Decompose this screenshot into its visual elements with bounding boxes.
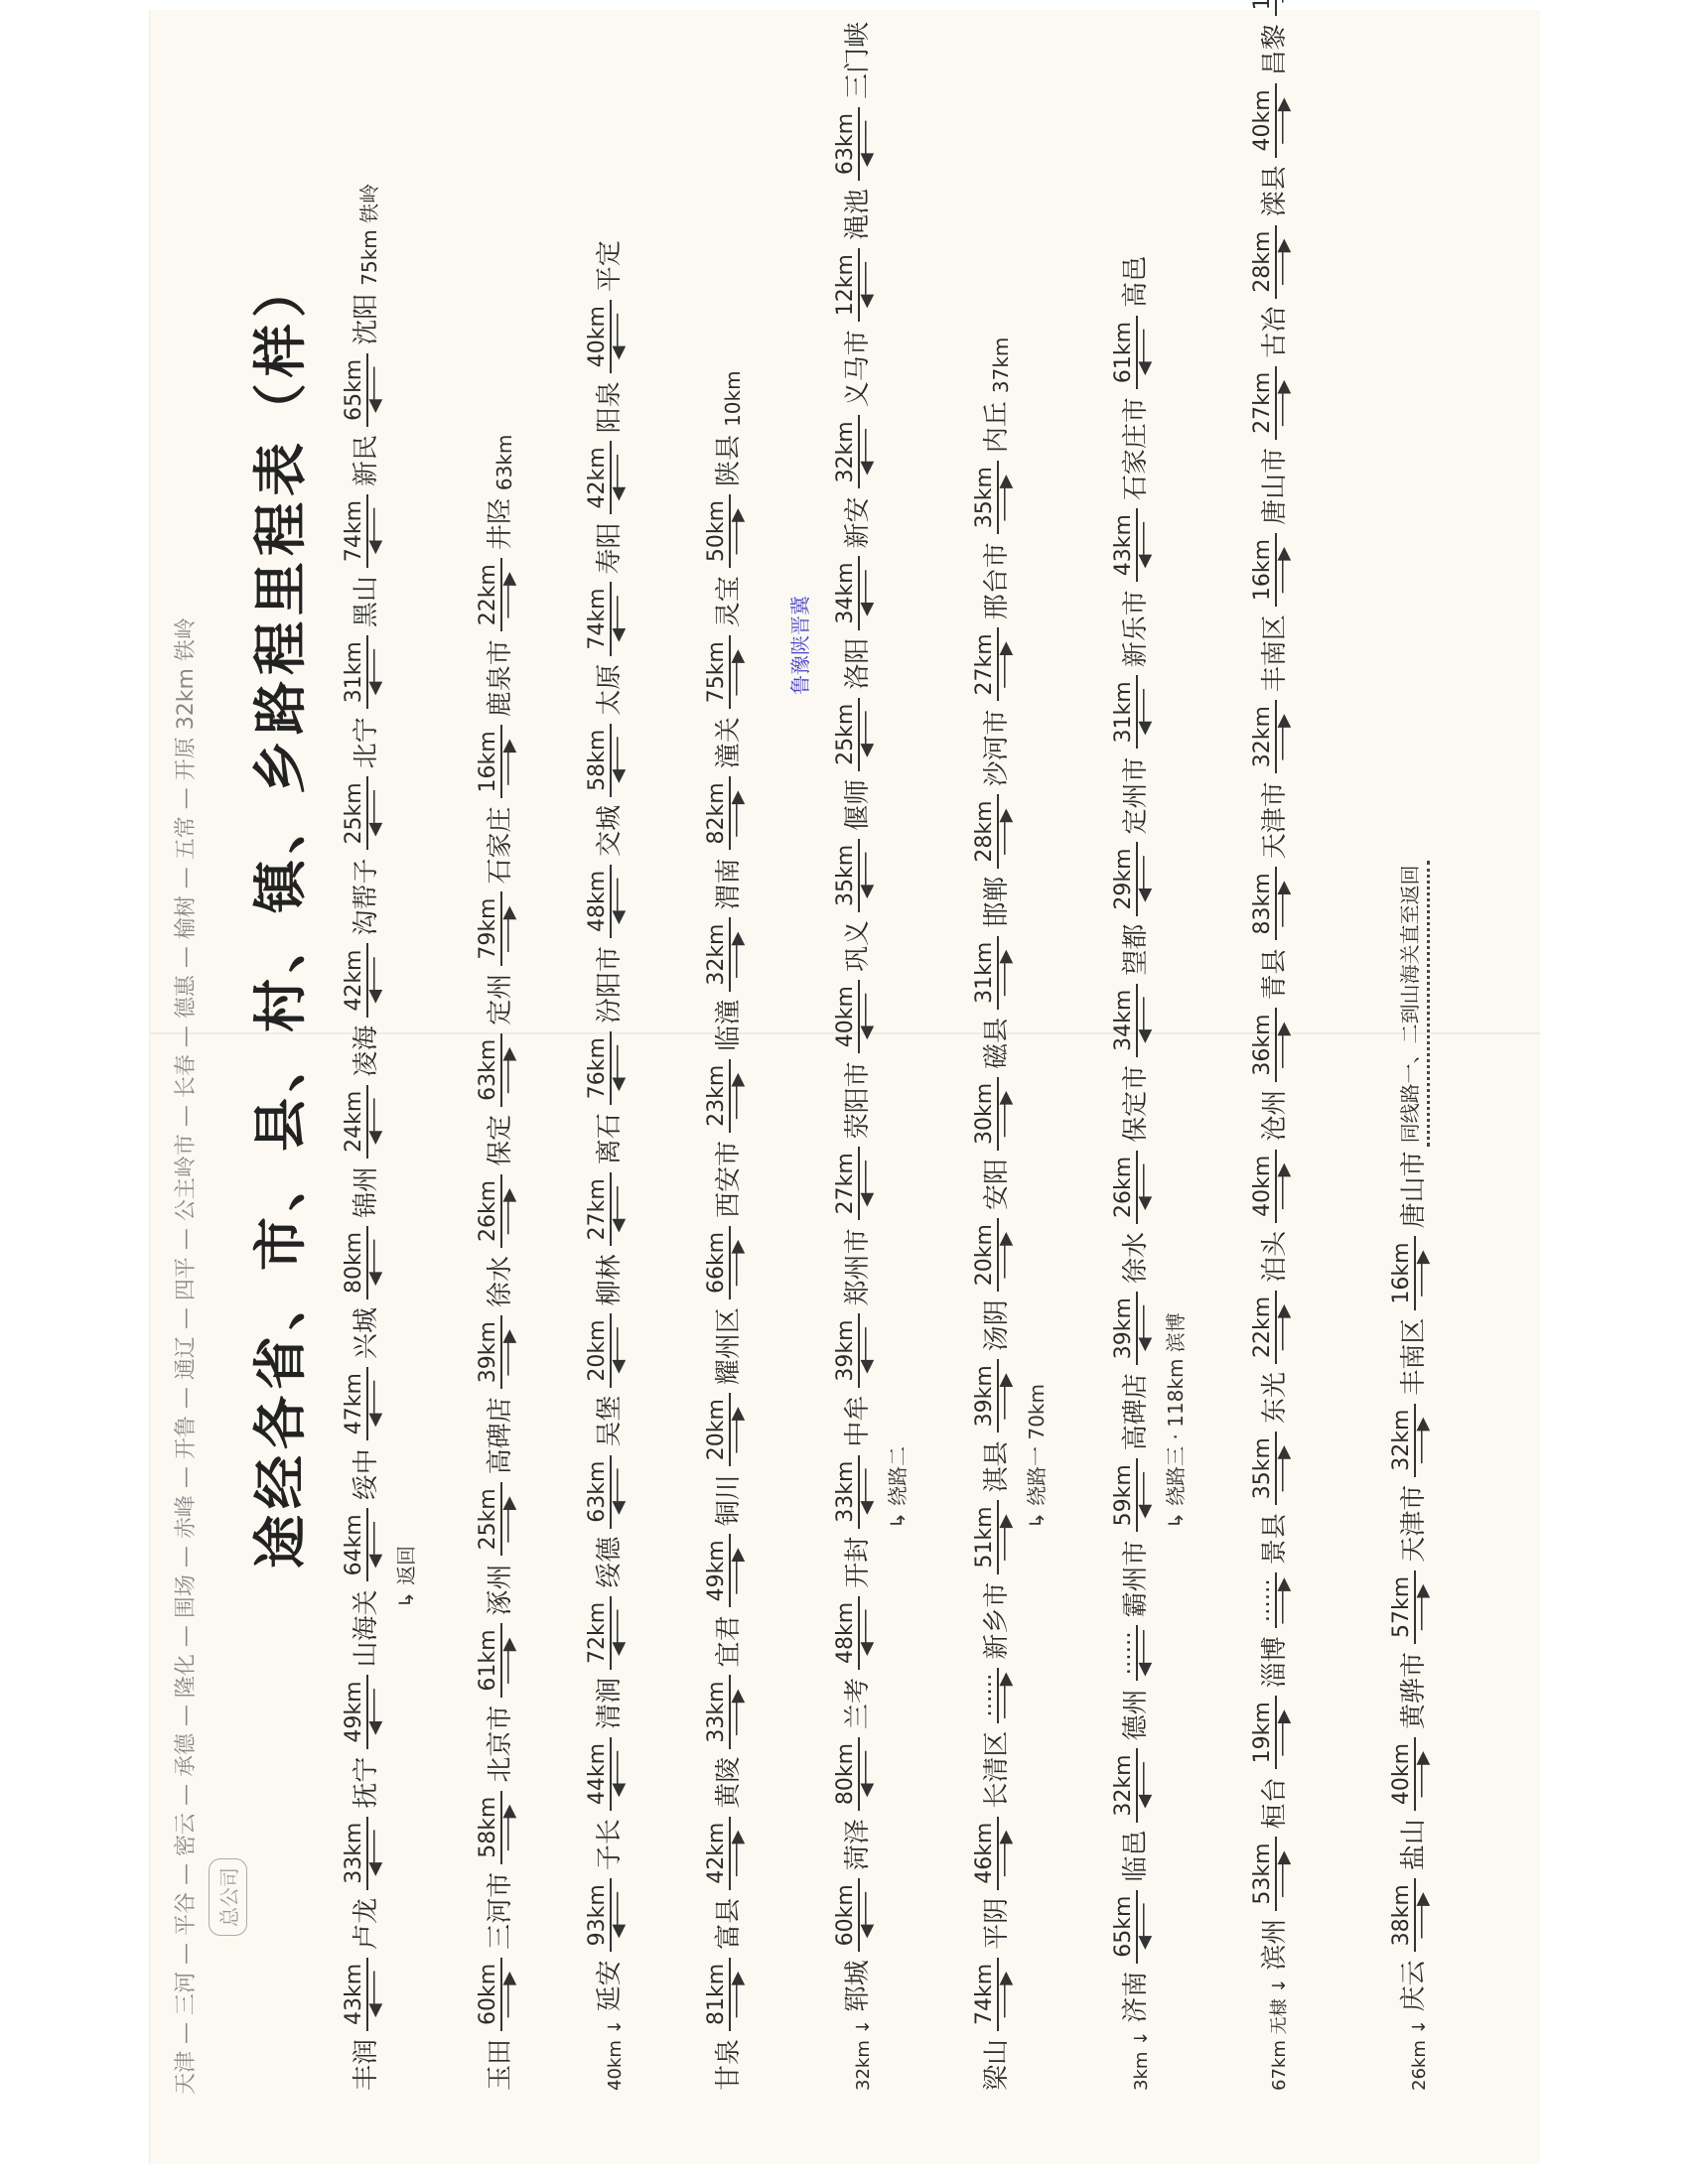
place-name: 荥阳市: [837, 1057, 874, 1143]
distance-segment: 39km◀───: [1112, 1292, 1152, 1365]
distance-segment: 31km◀───: [343, 635, 382, 709]
arrow-left-icon: ◀───: [860, 994, 874, 1039]
arrow-left-icon: ◀───: [368, 1099, 382, 1145]
arrow-right-icon: ───▶: [1277, 1022, 1291, 1067]
distance-segment: 75km───▶: [705, 635, 745, 709]
distance-segment: 79km───▶: [477, 892, 516, 966]
arrow-right-icon: ───▶: [502, 739, 516, 784]
distance-segment: 33km◀───: [834, 1455, 874, 1529]
place-name: 安阳: [976, 1155, 1013, 1214]
arrow-right-icon: ───▶: [502, 1637, 516, 1683]
place-name: 兰考: [837, 1674, 874, 1733]
arrow-left-icon: ◀───: [1138, 1630, 1152, 1676]
place-name: 德州: [1115, 1685, 1152, 1744]
branch-note: ↳ 返回: [390, 1546, 419, 1608]
arrow-right-icon: ───▶: [999, 1831, 1013, 1876]
place-name: 三门峡: [837, 18, 874, 103]
distance-segment: 31km◀───: [1112, 675, 1152, 749]
distance-segment: ……───▶: [1251, 1572, 1291, 1628]
arrow-left-icon: ◀───: [612, 596, 626, 641]
place-name: 沈阳: [346, 290, 382, 349]
arrow-right-icon: ───▶: [1416, 1250, 1430, 1296]
distance-segment: 33km◀───: [343, 1817, 382, 1890]
arrow-right-icon: ───▶: [1277, 0, 1291, 2]
distance-segment: 31km───▶: [973, 936, 1013, 1010]
distance-segment: 60km───▶: [477, 1958, 516, 2031]
arrow-left-icon: ◀───: [860, 1468, 874, 1514]
distance-segment: 34km◀───: [834, 556, 874, 629]
distance-segment: 63km◀───: [586, 1455, 626, 1529]
distance-segment: 30km───▶: [973, 1077, 1013, 1151]
arrow-left-icon: ◀───: [368, 1972, 382, 2017]
arrow-right-icon: ───▶: [999, 1373, 1013, 1419]
place-name: 天津市: [1393, 1481, 1430, 1567]
place-name: 中牟: [837, 1392, 874, 1451]
place-name: 东光: [1254, 1368, 1291, 1428]
place-name: 耀州区: [708, 1303, 745, 1389]
distance-segment: 40km───▶: [1251, 83, 1291, 157]
place-name: 石家庄市: [1115, 393, 1152, 504]
place-name: 泊头: [1254, 1227, 1291, 1287]
arrow-left-icon: ◀───: [368, 649, 382, 695]
place-name: 高碑店: [480, 1393, 516, 1478]
row-6: 梁山74km───▶平阴46km───▶长清区……───▶新乡市51km───▶…: [973, 334, 1013, 2095]
distance-segment: 32km───▶: [1251, 700, 1291, 773]
place-name: 兴城: [346, 1303, 382, 1363]
arrow-left-icon: ◀───: [860, 1892, 874, 1938]
place-name: 天津市: [1254, 777, 1291, 863]
arrow-left-icon: ◀───: [612, 314, 626, 359]
distance-segment: ……◀───: [1112, 1625, 1152, 1681]
arrow-right-icon: ───▶: [999, 1672, 1013, 1717]
arrow-right-icon: ───▶: [731, 1972, 745, 2017]
place-name: 洛阳: [837, 634, 874, 694]
distance-segment: 65km◀───: [1112, 1890, 1152, 1964]
distance-segment: 76km◀───: [586, 1031, 626, 1105]
end-note: 63km: [492, 431, 516, 495]
end-note: 37km: [989, 334, 1013, 398]
place-name: 景县: [1254, 1509, 1291, 1569]
arrow-left-icon: ◀───: [860, 712, 874, 757]
place-name: 沧州: [1254, 1086, 1291, 1146]
arrow-left-icon: ◀───: [1138, 1904, 1152, 1950]
arrow-right-icon: ───▶: [999, 1091, 1013, 1137]
arrow-left-icon: ◀───: [860, 853, 874, 898]
distance-segment: 43km◀───: [343, 1958, 382, 2031]
distance-segment: 26km───▶: [477, 1174, 516, 1248]
distance-segment: 63km───▶: [477, 1033, 516, 1107]
distance-segment: 42km───▶: [705, 1817, 745, 1890]
place-name: 高邑: [1115, 252, 1152, 312]
distance-segment: 16km───▶: [1251, 533, 1291, 607]
place-name: 渑池: [837, 185, 874, 244]
place-name: 延安: [589, 1956, 626, 2015]
distance-segment: 59km◀───: [1112, 1458, 1152, 1532]
distance-segment: 53km───▶: [1251, 1837, 1291, 1910]
arrow-right-icon: ───▶: [999, 641, 1013, 687]
arrow-right-icon: ───▶: [1416, 1584, 1430, 1630]
row-9: 26km ↓庆云38km───▶盐山40km───▶黄骅市57km───▶天津市…: [1390, 861, 1430, 2095]
distance-segment: 32km───▶: [1390, 1404, 1430, 1477]
place-name: 巩义: [837, 916, 874, 976]
place-name: 新乐市: [1115, 586, 1152, 671]
place-name: 富县: [708, 1894, 745, 1954]
arrow-right-icon: ───▶: [731, 1240, 745, 1286]
place-name: 凌海: [346, 1022, 382, 1081]
distance-segment: 61km───▶: [477, 1623, 516, 1697]
place-name: 盐山: [1393, 1815, 1430, 1874]
distance-segment: 16km───▶: [477, 725, 516, 798]
row-2: 玉田60km───▶三河市58km───▶北京市61km───▶涿州25km──…: [477, 431, 516, 2095]
distance-segment: 22km───▶: [477, 558, 516, 631]
distance-segment: 26km◀───: [1112, 1151, 1152, 1224]
stamp-mark: 总公司: [209, 1858, 247, 1936]
blue-annotation: 鲁豫陕晋冀: [784, 596, 813, 695]
place-name: 子长: [589, 1815, 626, 1874]
branch-note: ↳ 绕路三 · 118km 滨博: [1160, 1312, 1189, 1529]
arrow-right-icon: ───▶: [1277, 1304, 1291, 1350]
place-name: 沙河市: [976, 705, 1013, 790]
arrow-left-icon: ◀───: [368, 957, 382, 1003]
place-name: 交城: [589, 801, 626, 861]
place-name: 黑山: [346, 572, 382, 631]
arrow-right-icon: ───▶: [1277, 1850, 1291, 1896]
place-name: 三河市: [480, 1868, 516, 1954]
arrow-right-icon: ───▶: [999, 1514, 1013, 1560]
arrow-right-icon: ───▶: [502, 1496, 516, 1542]
place-name: 淄博: [1254, 1632, 1291, 1692]
distance-segment: 48km◀───: [834, 1596, 874, 1670]
place-name: 寿阳: [589, 518, 626, 578]
distance-segment: 40km◀───: [586, 300, 626, 373]
place-name: 临邑: [1115, 1827, 1152, 1886]
distance-segment: 74km◀───: [586, 582, 626, 655]
place-name: 丰南区: [1254, 611, 1291, 696]
arrow-left-icon: ◀───: [1138, 689, 1152, 735]
distance-segment: 39km───▶: [973, 1359, 1013, 1433]
distance-segment: 28km───▶: [973, 794, 1013, 868]
top-route-line: 天津 — 三河 — 平谷 — 密云 — 承德 — 隆化 — 围场 — 赤峰 — …: [169, 617, 200, 2095]
place-name: 潼关: [708, 713, 745, 772]
arrow-left-icon: ◀───: [860, 429, 874, 475]
arrow-left-icon: ◀───: [860, 570, 874, 615]
place-name: 灵宝: [708, 572, 745, 631]
arrow-right-icon: ───▶: [1277, 547, 1291, 593]
row-4: 甘泉81km───▶富县42km───▶黄陵33km───▶宜君49km───▶…: [705, 366, 745, 2095]
distance-segment: 58km◀───: [586, 724, 626, 797]
arrow-right-icon: ───▶: [1277, 1577, 1291, 1623]
distance-segment: 50km───▶: [705, 494, 745, 568]
place-name: 济南: [1115, 1968, 1152, 2027]
arrow-right-icon: ───▶: [731, 1689, 745, 1734]
arrow-left-icon: ◀───: [612, 1186, 626, 1232]
arrow-left-icon: ◀───: [368, 1522, 382, 1568]
distance-segment: 46km───▶: [973, 1817, 1013, 1890]
distance-segment: 16km───▶: [1390, 1236, 1430, 1309]
place-name: 太原: [589, 660, 626, 720]
arrow-left-icon: ◀───: [1138, 1305, 1152, 1351]
place-name: 鹿泉市: [480, 635, 516, 721]
place-name: 唐山市: [1393, 1147, 1430, 1232]
distance-segment: 20km───▶: [973, 1218, 1013, 1292]
arrow-left-icon: ◀───: [612, 879, 626, 924]
place-name: 汾阳市: [589, 942, 626, 1027]
arrow-right-icon: ───▶: [502, 1329, 516, 1375]
place-name: 渭南: [708, 854, 745, 913]
distance-segment: 20km◀───: [586, 1313, 626, 1387]
distance-segment: 28km───▶: [1251, 225, 1291, 299]
arrow-left-icon: ◀───: [612, 1892, 626, 1938]
arrow-right-icon: ───▶: [502, 1972, 516, 2017]
distance-segment: 35km───▶: [1251, 1432, 1291, 1505]
distance-segment: 49km◀───: [343, 1675, 382, 1748]
distance-segment: 33km───▶: [705, 1675, 745, 1748]
distance-segment: 23km───▶: [705, 1059, 745, 1133]
distance-segment: 32km───▶: [705, 918, 745, 992]
place-name: 汤阴: [976, 1296, 1013, 1355]
distance-segment: 74km◀───: [343, 494, 382, 568]
place-name: 临潼: [708, 996, 745, 1055]
arrow-left-icon: ◀───: [1138, 522, 1152, 568]
arrow-left-icon: ◀───: [1138, 856, 1152, 901]
place-name: 偃师: [837, 775, 874, 835]
distance-segment: 93km◀───: [586, 1878, 626, 1952]
distance-segment: 25km◀───: [834, 698, 874, 771]
place-name: 徐水: [480, 1252, 516, 1311]
distance-segment: 35km───▶: [973, 461, 1013, 534]
place-name: 郓城: [837, 1956, 874, 2015]
arrow-left-icon: ◀───: [1138, 998, 1152, 1043]
place-name: 青县: [1254, 944, 1291, 1004]
distance-segment: 27km───▶: [973, 627, 1013, 701]
arrow-right-icon: ───▶: [1416, 1892, 1430, 1938]
distance-segment: 25km───▶: [477, 1482, 516, 1556]
arrow-left-icon: ◀───: [368, 508, 382, 554]
place-name: 古冶: [1254, 303, 1291, 362]
arrow-right-icon: ───▶: [731, 649, 745, 695]
distance-segment: 25km◀───: [343, 776, 382, 850]
arrow-right-icon: ───▶: [731, 790, 745, 836]
arrow-left-icon: ◀───: [860, 121, 874, 167]
arrow-left-icon: ◀───: [368, 1240, 382, 1286]
place-name: 庆云: [1393, 1956, 1430, 2015]
distance-segment: 81km───▶: [705, 1958, 745, 2031]
distance-segment: ……───▶: [973, 1668, 1013, 1723]
place-name: 离石: [589, 1109, 626, 1168]
place-name: 甘泉: [708, 2035, 745, 2095]
end-note: 75km 铁岭: [353, 180, 382, 290]
place-name: 黄骅市: [1393, 1648, 1430, 1733]
place-name: 桓台: [1254, 1773, 1291, 1833]
arrow-right-icon: ───▶: [1277, 97, 1291, 143]
row-8: 67km 无棣 ↓滨州53km───▶桓台19km───▶淄博……───▶景县3…: [1251, 0, 1291, 2095]
place-name: 锦州: [346, 1162, 382, 1222]
arrow-right-icon: ───▶: [502, 1805, 516, 1850]
arrow-right-icon: ───▶: [1277, 881, 1291, 926]
place-name: 平定: [589, 236, 626, 296]
arrow-right-icon: ───▶: [999, 808, 1013, 854]
distance-segment: 39km◀───: [834, 1313, 874, 1387]
arrow-left-icon: ◀───: [860, 1610, 874, 1656]
distance-segment: 48km◀───: [586, 865, 626, 938]
distance-segment: 18km───▶: [1251, 0, 1291, 16]
distance-segment: 66km───▶: [705, 1226, 745, 1299]
arrow-right-icon: ───▶: [999, 475, 1013, 520]
arrow-left-icon: ◀───: [368, 1381, 382, 1427]
distance-segment: 74km───▶: [973, 1958, 1013, 2031]
distance-segment: 80km◀───: [834, 1737, 874, 1811]
place-name: 西安市: [708, 1137, 745, 1222]
place-name: 涿州: [480, 1560, 516, 1619]
distance-label: 18km: [1251, 0, 1277, 16]
distance-segment: 40km───▶: [1390, 1737, 1430, 1811]
place-name: 定州市: [1115, 752, 1152, 838]
distance-segment: 80km◀───: [343, 1226, 382, 1299]
distance-segment: 32km◀───: [834, 415, 874, 488]
arrow-right-icon: ───▶: [502, 905, 516, 951]
place-name: 长清区: [976, 1727, 1013, 1813]
place-name: 邢台市: [976, 538, 1013, 623]
distance-segment: 63km◀───: [834, 107, 874, 181]
distance-segment: 65km◀───: [343, 353, 382, 427]
arrow-left-icon: ◀───: [1138, 1472, 1152, 1518]
branch-note: ↳ 绕路二: [882, 1446, 911, 1529]
place-name: 高碑店: [1115, 1369, 1152, 1454]
arrow-left-icon: ◀───: [1138, 1762, 1152, 1808]
arrow-left-icon: ◀───: [860, 1751, 874, 1797]
place-name: 梁山: [976, 2035, 1013, 2095]
place-name: 石家庄: [480, 802, 516, 887]
arrow-right-icon: ───▶: [1277, 1709, 1291, 1755]
place-name: 吴堡: [589, 1392, 626, 1451]
place-name: 井陉: [480, 494, 516, 554]
distance-segment: 35km◀───: [834, 839, 874, 912]
arrow-left-icon: ◀───: [860, 1160, 874, 1206]
place-name: 新安: [837, 492, 874, 552]
distance-segment: 27km───▶: [1251, 366, 1291, 440]
place-name: 菏泽: [837, 1815, 874, 1874]
distance-segment: 82km───▶: [705, 776, 745, 850]
arrow-right-icon: ───▶: [731, 508, 745, 554]
arrow-left-icon: ◀───: [612, 1045, 626, 1091]
place-name: 平阴: [976, 1894, 1013, 1954]
arrow-left-icon: ◀───: [368, 367, 382, 413]
place-name: 郑州市: [837, 1224, 874, 1309]
start-note: 3km ↓: [1131, 2027, 1152, 2095]
place-name: 开封: [837, 1533, 874, 1592]
arrow-right-icon: ───▶: [731, 1407, 745, 1452]
arrow-right-icon: ───▶: [999, 1972, 1013, 2017]
arrow-right-icon: ───▶: [1277, 1445, 1291, 1491]
place-name: 滦县: [1254, 162, 1291, 221]
start-note: 67km 无棣 ↓: [1265, 1975, 1291, 2095]
place-name: 陕县: [708, 431, 745, 490]
distance-segment: 40km◀───: [834, 980, 874, 1053]
arrow-left-icon: ◀───: [368, 790, 382, 836]
distance-segment: 57km───▶: [1390, 1570, 1430, 1644]
distance-segment: 24km◀───: [343, 1085, 382, 1159]
arrow-left-icon: ◀───: [612, 455, 626, 500]
page-title: 途经各省、市、县、村、镇、乡路程里程表（样）: [238, 258, 315, 1569]
place-name: 抚宁: [346, 1753, 382, 1813]
distance-segment: 44km◀───: [586, 1737, 626, 1811]
branch-note: ↳ 绕路一 70km: [1021, 1384, 1050, 1529]
place-name: 北宁: [346, 713, 382, 772]
arrow-left-icon: ◀───: [612, 1751, 626, 1797]
distance-segment: 19km───▶: [1251, 1696, 1291, 1769]
arrow-right-icon: ───▶: [1277, 238, 1291, 284]
distance-segment: 22km───▶: [1251, 1291, 1291, 1364]
place-name: 宜君: [708, 1611, 745, 1671]
distance-segment: 40km───▶: [1251, 1150, 1291, 1223]
arrow-right-icon: ───▶: [731, 931, 745, 977]
place-name: 磁县: [976, 1014, 1013, 1073]
place-name: 丰南区: [1393, 1314, 1430, 1400]
row-3: 40km ↓延安93km◀───子长44km◀───清涧72km◀───绥德63…: [586, 236, 626, 2095]
distance-segment: 38km───▶: [1390, 1878, 1430, 1952]
arrow-left-icon: ◀───: [612, 1468, 626, 1514]
row-1: 丰润43km◀───卢龙33km◀───抚宁49km◀───山海关64km◀──…: [343, 180, 382, 2095]
arrow-right-icon: ───▶: [1277, 380, 1291, 426]
place-name: 霸州市: [1115, 1536, 1152, 1621]
distance-segment: 47km◀───: [343, 1367, 382, 1440]
place-name: 绥中: [346, 1444, 382, 1504]
distance-segment: 49km───▶: [705, 1534, 745, 1607]
rotated-content: 天津 — 三河 — 平谷 — 密云 — 承德 — 隆化 — 围场 — 赤峰 — …: [149, 10, 1539, 2164]
place-name: 沟帮子: [346, 854, 382, 939]
arrow-right-icon: ───▶: [1416, 1751, 1430, 1797]
row-7: 3km ↓济南65km◀───临邑32km◀───德州……◀───霸州市59km…: [1112, 252, 1152, 2095]
distance-segment: 58km───▶: [477, 1791, 516, 1864]
start-note: 40km ↓: [605, 2015, 626, 2095]
place-name: 邯郸: [976, 873, 1013, 932]
place-name: 望都: [1115, 920, 1152, 980]
end-note: 同线路一、二到山海关直至返回: [1394, 861, 1430, 1147]
distance-segment: 20km───▶: [705, 1393, 745, 1466]
arrow-right-icon: ───▶: [1277, 1163, 1291, 1209]
arrow-right-icon: ───▶: [1416, 1417, 1430, 1462]
distance-segment: 36km───▶: [1251, 1008, 1291, 1081]
start-note: 26km ↓: [1409, 2015, 1430, 2095]
distance-segment: 29km◀───: [1112, 842, 1152, 915]
distance-segment: 61km◀───: [1112, 316, 1152, 389]
place-name: 阳泉: [589, 377, 626, 437]
arrow-left-icon: ◀───: [860, 1327, 874, 1373]
arrow-left-icon: ◀───: [612, 1327, 626, 1373]
place-name: 绥德: [589, 1533, 626, 1592]
place-name: 新民: [346, 431, 382, 490]
distance-segment: 32km◀───: [1112, 1748, 1152, 1822]
place-name: 义马市: [837, 326, 874, 411]
arrow-right-icon: ───▶: [731, 1831, 745, 1876]
distance-segment: 27km◀───: [834, 1147, 874, 1220]
arrow-left-icon: ◀───: [1138, 1164, 1152, 1210]
end-note: 10km: [721, 366, 745, 431]
place-name: 滨州: [1254, 1915, 1291, 1975]
arrow-left-icon: ◀───: [1138, 330, 1152, 375]
arrow-left-icon: ◀───: [612, 1610, 626, 1656]
distance-segment: 42km◀───: [343, 944, 382, 1018]
place-name: 昌黎: [1254, 20, 1291, 79]
distance-segment: 27km◀───: [586, 1172, 626, 1246]
distance-segment: 72km◀───: [586, 1596, 626, 1670]
place-name: 淇县: [976, 1436, 1013, 1496]
arrow-left-icon: ◀───: [368, 1689, 382, 1734]
distance-segment: 60km◀───: [834, 1878, 874, 1952]
distance-segment: 34km◀───: [1112, 984, 1152, 1057]
place-name: 新乡市: [976, 1578, 1013, 1664]
arrow-left-icon: ◀───: [860, 262, 874, 308]
